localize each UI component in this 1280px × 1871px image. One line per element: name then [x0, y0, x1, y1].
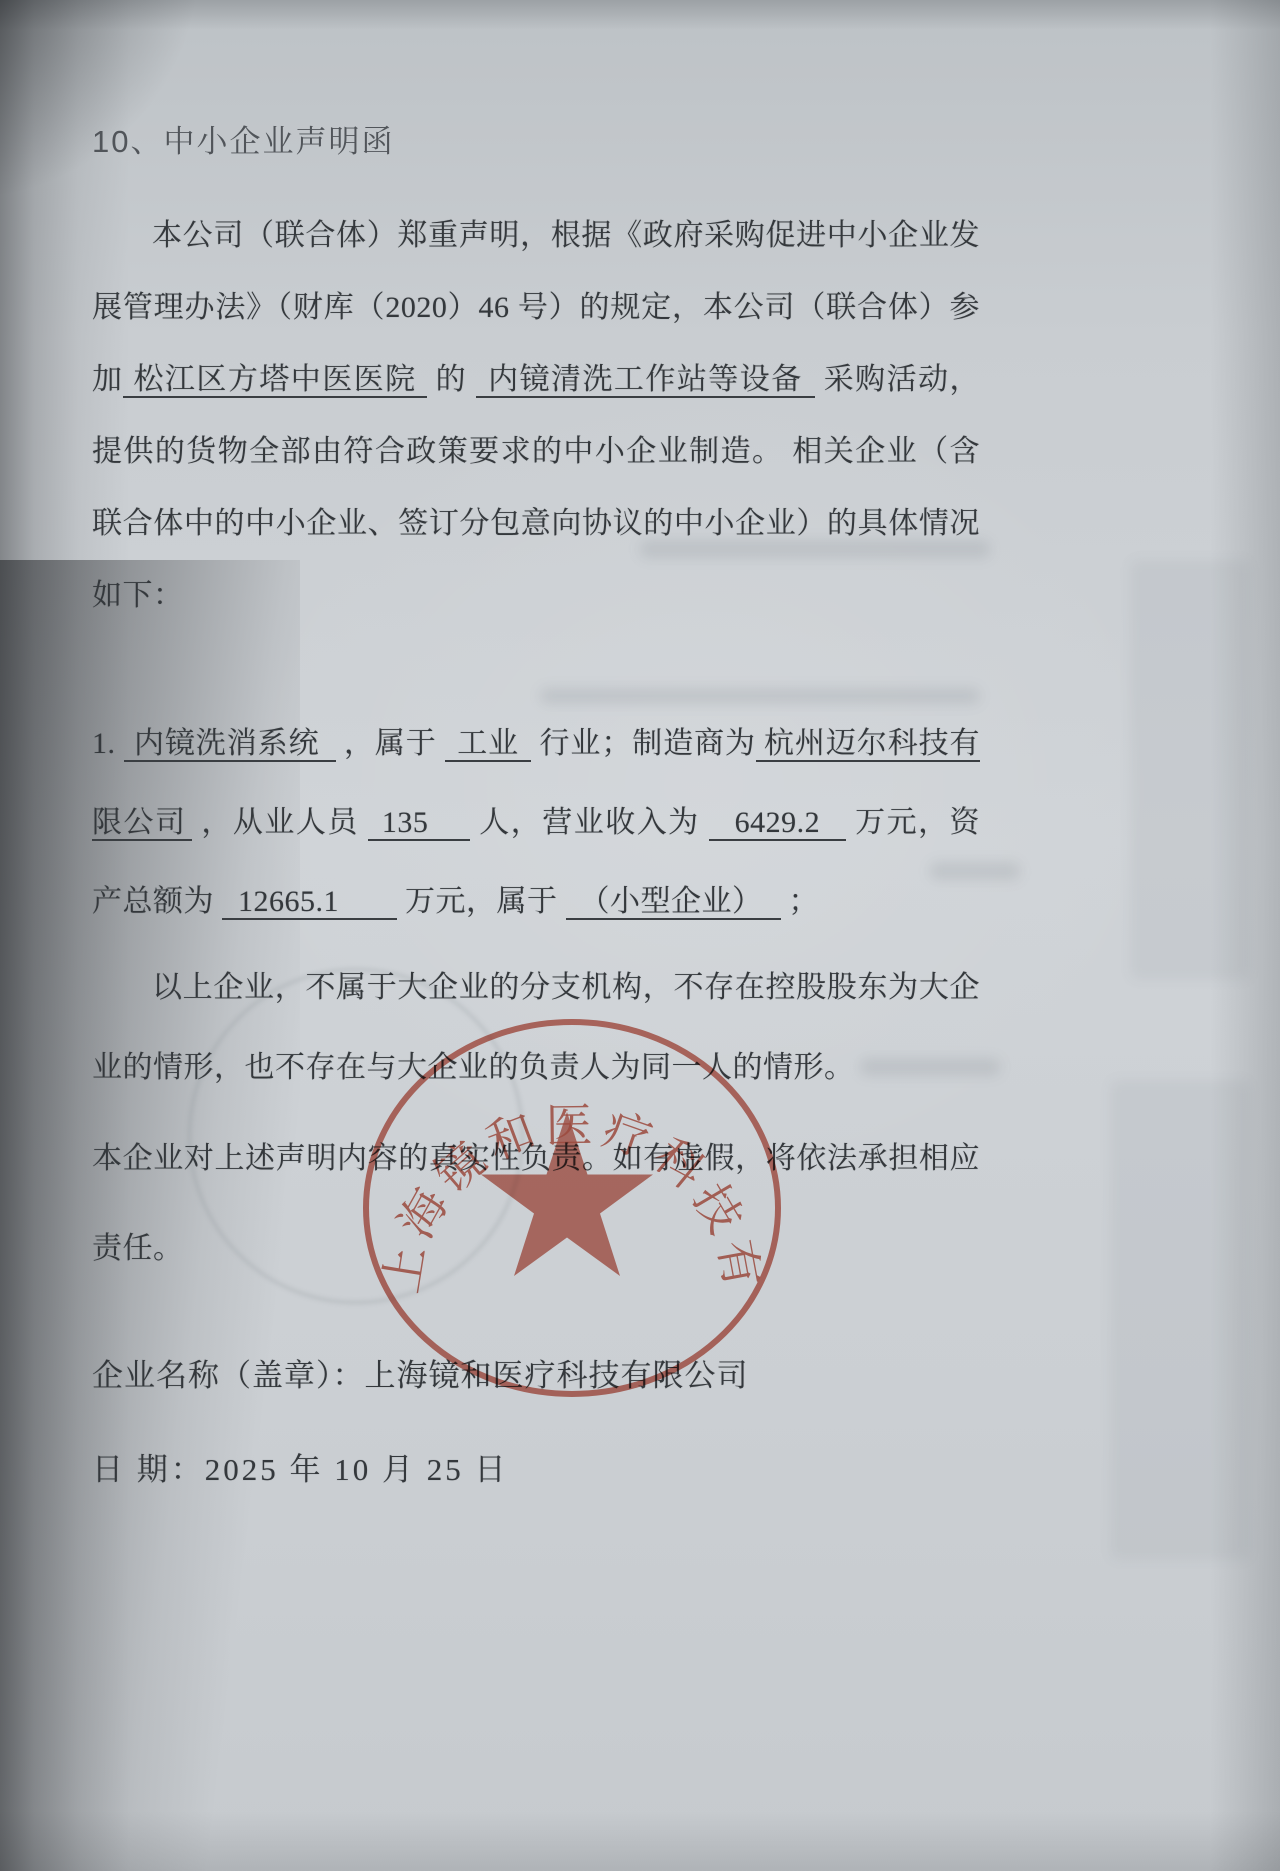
- bleed-through-smudge: [540, 688, 980, 704]
- declaration-text-2: 的: [436, 363, 467, 396]
- blank-purchaser: 松江区方塔中医医院: [123, 363, 426, 398]
- item-text-2: 行业；制造商为: [539, 727, 756, 760]
- declaration-text-3: 采购活动，提供的货物全部由符合政策要求的中小企业制造。 相关企业（含联合体中的中…: [92, 363, 980, 612]
- blank-industry: 工业: [445, 727, 531, 762]
- bleed-through-smudge: [1110, 1080, 1250, 1560]
- item-text-1: ，属于: [344, 727, 437, 760]
- item-text-7: ；: [789, 885, 820, 918]
- blank-employee-count: 135: [368, 806, 471, 841]
- paragraph-responsibility: 本企业对上述声明内容的真实性负责。如有虚假，将依法承担相应责任。: [92, 1114, 980, 1294]
- item-text-6: 万元，属于: [405, 885, 558, 918]
- paragraph-declaration: 本公司（联合体）郑重声明，根据《政府采购促进中小企业发展管理办法》（财库（202…: [92, 200, 980, 632]
- blank-enterprise-size: （小型企业）: [566, 885, 781, 920]
- item-text-4: 人，营业收入为: [479, 806, 699, 839]
- item-number: 1.: [92, 727, 116, 760]
- blank-product-name: 内镜洗消系统: [124, 727, 336, 762]
- signature-company-line: 企业名称（盖章）：上海镜和医疗科技有限公司: [92, 1350, 749, 1395]
- company-name-value: 上海镜和医疗科技有限公司: [365, 1358, 749, 1393]
- blank-total-assets: 12665.1: [222, 885, 397, 920]
- blank-project: 内镜清洗工作站等设备: [476, 363, 815, 398]
- bleed-through-smudge: [1130, 560, 1250, 980]
- document-photo: 10、中小企业声明函 本公司（联合体）郑重声明，根据《政府采购促进中小企业发展管…: [0, 0, 1280, 1871]
- paragraph-not-large-enterprise: 以上企业，不属于大企业的分支机构，不存在控股股东为大企业的情形，也不存在与大企业…: [92, 948, 980, 1108]
- blank-revenue: 6429.2: [709, 806, 847, 841]
- signature-date-line: 日 期：2025 年 10 月 25 日: [92, 1444, 509, 1489]
- company-name-label: 企业名称（盖章）：: [92, 1358, 365, 1393]
- document-title: 10、中小企业声明函: [92, 116, 980, 161]
- paragraph-item-1: 1. 内镜洗消系统 ，属于 工业 行业；制造商为杭州迈尔科技有限公司 ，从业人员…: [92, 704, 980, 941]
- item-text-3: ，从业人员: [201, 806, 358, 839]
